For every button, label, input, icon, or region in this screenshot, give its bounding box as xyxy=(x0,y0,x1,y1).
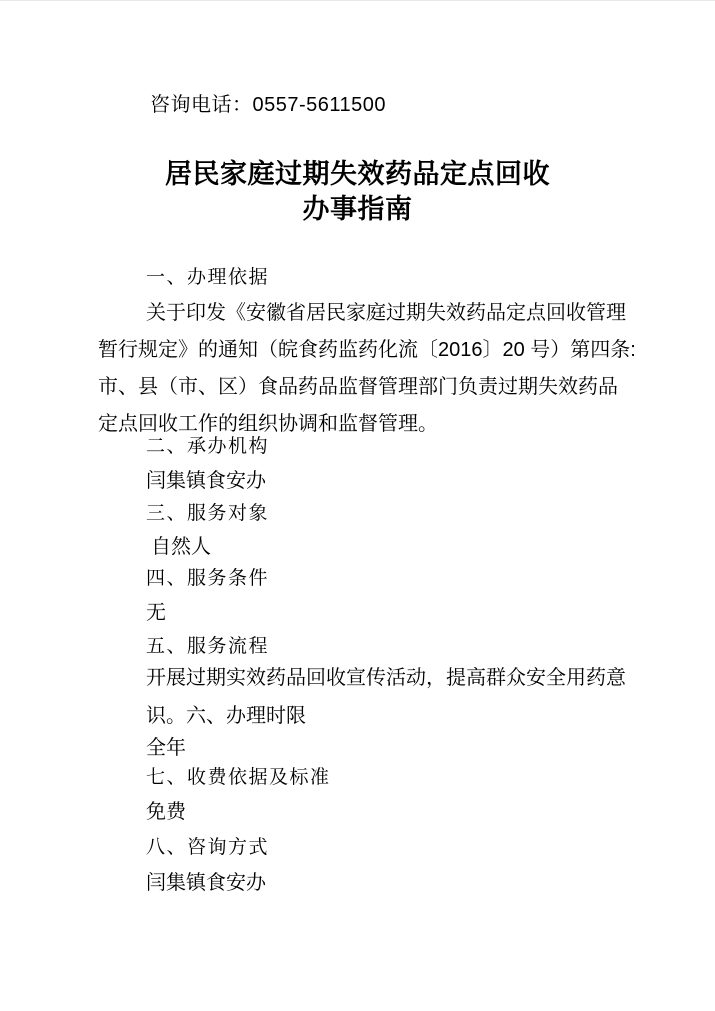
section-8-heading: 八、咨询方式 xyxy=(98,835,635,861)
section-4-body: 无 xyxy=(98,600,635,626)
section-8-body: 闫集镇食安办 xyxy=(98,870,635,896)
section-5-body-with-section-6-heading: 开展过期实效药品回收宣传活动，提高群众安全用药意 识。六、办理时限 xyxy=(98,659,635,735)
section-2-body: 闫集镇食安办 xyxy=(98,468,635,494)
section-3-heading: 三、服务对象 xyxy=(98,501,635,527)
section-2-heading: 二、承办机构 xyxy=(98,434,635,460)
section-6-body: 全年 xyxy=(98,735,635,761)
section-5-heading: 五、服务流程 xyxy=(98,634,635,660)
section-4-heading: 四、服务条件 xyxy=(98,566,635,592)
section-1-heading: 一、办理依据 xyxy=(98,265,635,291)
document-title-line-2: 办事指南 xyxy=(0,192,715,227)
contact-phone-line: 咨询电话：0557-5611500 xyxy=(150,92,386,118)
document-title: 居民家庭过期失效药品定点回收 办事指南 xyxy=(0,157,715,227)
section-7-heading: 七、收费依据及标准 xyxy=(98,765,635,791)
document-page: 咨询电话：0557-5611500 居民家庭过期失效药品定点回收 办事指南 一、… xyxy=(0,0,715,1011)
section-1-body: 关于印发《安徽省居民家庭过期失效药品定点回收管理 暂行规定》的通知（皖食药监药化… xyxy=(98,295,635,443)
section-7-body: 免费 xyxy=(98,799,635,825)
document-title-line-1: 居民家庭过期失效药品定点回收 xyxy=(0,157,715,192)
section-3-body: 自然人 xyxy=(98,534,635,560)
